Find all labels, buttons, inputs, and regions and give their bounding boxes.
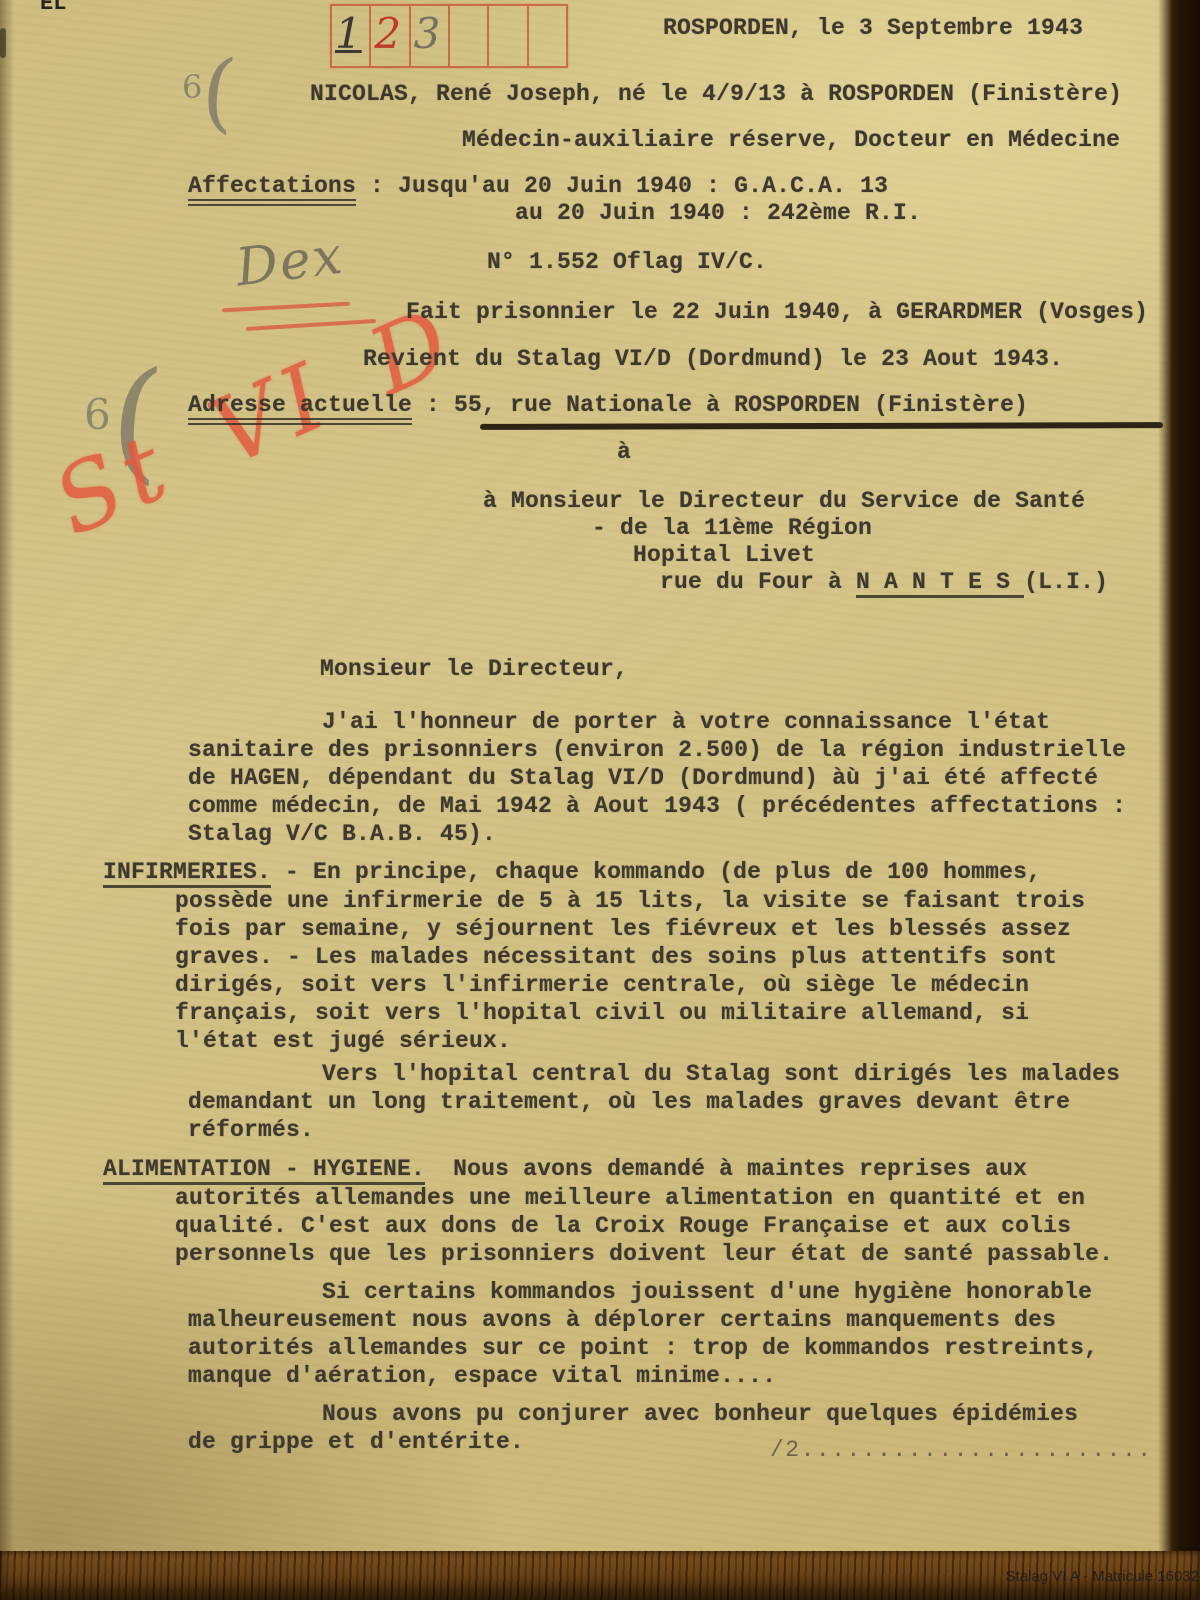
stamp-cell [450,6,489,66]
stamp-digit: 3 [414,2,441,66]
stamp-cell: 3 [411,6,450,66]
pencil-mark-top: 6 ( [182,54,236,131]
letter-line: Affectations : Jusqu'au 20 Juin 1940 : G… [188,172,888,200]
letter-line: de HAGEN, dépendant du Stalag VI/D (Dord… [188,764,1098,792]
letter-line: ALIMENTATION - HYGIENE. Nous avons deman… [103,1155,1027,1183]
letter-line: NICOLAS, René Joseph, né le 4/9/13 à ROS… [310,80,1122,108]
stamp-cell [529,6,566,66]
pencil-six: 6 [182,68,202,106]
letter-line: ROSPORDEN, le 3 Septembre 1943 [663,14,1083,42]
letter-line: l'état est jugé sérieux. [175,1027,511,1055]
letter-line: au 20 Juin 1940 : 242ème R.I. [515,199,921,227]
letter-line: - de la 11ème Région [592,514,872,542]
letter-line: réformés. [188,1116,314,1144]
letter-line: autorités allemandes une meilleure alime… [175,1184,1085,1212]
letter-line: malheureusement nous avons à déplorer ce… [188,1306,1056,1334]
edge-smudge [0,28,6,58]
document-photo: EL 123 6 ( Dex 6 ( St VI D ROSPORDEN, le… [0,0,1200,1600]
letter-line: INFIRMERIES. - En principe, chaque komma… [103,858,1041,886]
letter-line: manque d'aération, espace vital minime..… [188,1362,776,1390]
stamp-grid: 123 [330,4,568,68]
letter-line: demandant un long traitement, où les mal… [188,1088,1070,1116]
letter-line: Nous avons pu conjurer avec bonheur quel… [322,1400,1078,1428]
letter-line: de grippe et d'entérite. [188,1428,524,1456]
letter-line: N° 1.552 Oflag IV/C. [487,248,767,276]
stamp-digit: 1 [335,2,362,66]
letter-line: à Monsieur le Directeur du Service de Sa… [483,487,1085,515]
letter-line: comme médecin, de Mai 1942 à Aout 1943 (… [188,792,1126,820]
pencil-paren: ( [199,53,239,133]
stamp-digit: 2 [374,2,401,66]
red-underline-stroke [222,302,350,313]
letter-line: possède une infirmerie de 5 à 15 lits, l… [175,887,1085,915]
letter-line: fois par semaine, y séjournent les fiévr… [175,915,1071,943]
page-continuation-marker: /2....................... [770,1436,1153,1464]
letter-line: Fait prisonnier le 22 Juin 1940, à GERAR… [406,298,1148,326]
letter-line: Hopital Livet [633,541,815,569]
letter-line: Vers l'hopital central du Stalag sont di… [322,1060,1120,1088]
letter-line: sanitaire des prisonniers (environ 2.500… [188,736,1126,764]
letter-line: autorités allemandes sur ce point : trop… [188,1334,1098,1362]
letter-line: rue du Four à N A N T E S (L.I.) [660,568,1108,596]
dark-crease-line [480,422,1163,430]
letter-line: Si certains kommandos jouissent d'une hy… [322,1278,1092,1306]
letter-line: dirigés, soit vers l'infirmerie centrale… [175,971,1029,999]
letter-line: J'ai l'honneur de porter à votre connais… [322,708,1050,736]
letter-line: personnels que les prisonniers doivent l… [175,1240,1113,1268]
stamp-cell: 2 [371,6,410,66]
photo-caption: Stalag VI A - Matricule 16032 [1006,1568,1200,1585]
pencil-scribble: Dex [233,230,346,295]
stamp-cell: 1 [332,6,371,66]
letter-line: français, soit vers l'hopital civil ou m… [175,999,1029,1027]
letter-line: Stalag V/C B.A.B. 45). [188,820,496,848]
stamp-cell [489,6,528,66]
letter-line: à [617,438,631,466]
corner-typed-mark: EL [40,0,66,16]
letter-line: Monsieur le Directeur, [320,655,628,683]
table-edge-right [1158,0,1200,1600]
letter-line: Adresse actuelle : 55, rue Nationale à R… [188,391,1028,419]
letter-line: Médecin-auxiliaire réserve, Docteur en M… [462,126,1120,154]
letter-line: qualité. C'est aux dons de la Croix Roug… [175,1212,1071,1240]
letter-line: Revient du Stalag VI/D (Dordmund) le 23 … [363,345,1063,373]
letter-line: graves. - Les malades nécessitant des so… [175,943,1057,971]
